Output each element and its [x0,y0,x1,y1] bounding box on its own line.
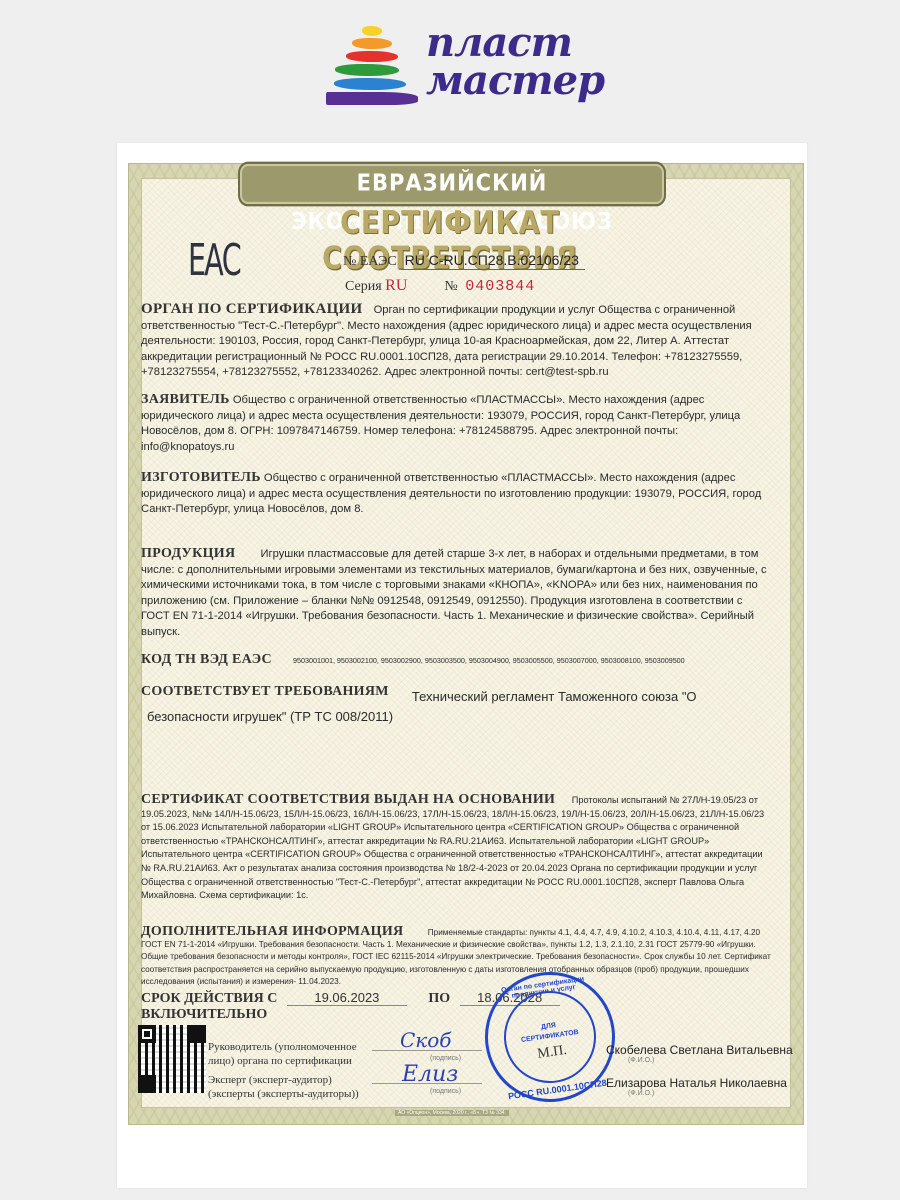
heading-manufacturer: ИЗГОТОВИТЕЛЬ [141,470,261,485]
text-applicant: Общество с ограниченной ответственностью… [141,394,740,453]
expert-role: Эксперт (эксперт-аудитор) (эксперты (экс… [208,1073,359,1101]
text-conforms-line1: Технический регламент Таможенного союза … [412,689,697,704]
eac-mark-icon: ЕАС [188,235,240,286]
heading-product: ПРОДУКЦИЯ [141,546,235,561]
heading-basis: СЕРТИФИКАТ СООТВЕТСТВИЯ ВЫДАН НА ОСНОВАН… [141,792,555,807]
head-name: Скобелева Светлана Витальевна [606,1043,793,1057]
print-footer: АО «Опцион», Москва, 2020 г., «Б», ТЗ № … [395,1110,509,1116]
section-manufacturer: ИЗГОТОВИТЕЛЬ Общество с ограниченной отв… [141,470,771,518]
qr-code[interactable] [138,1025,206,1093]
stripe-red [346,51,398,62]
reg-label: № ЕАЭС [343,254,397,269]
text-hs-code: 9503001001, 9503002100, 9503002900, 9503… [293,656,685,665]
text-basis: Протоколы испытаний № 27Л/Н-19.05/23 от … [141,795,764,900]
validity-from-date: 19.06.2023 [287,990,407,1006]
heading-additional: ДОПОЛНИТЕЛЬНАЯ ИНФОРМАЦИЯ [141,924,403,939]
series-number: Серия RU № 0403844 [345,277,535,295]
section-additional: ДОПОЛНИТЕЛЬНАЯ ИНФОРМАЦИЯ Применяемые ст… [141,926,771,988]
head-fio-caption: (Ф.И.О.) [628,1057,654,1064]
heading-certification-body: ОРГАН ПО СЕРТИФИКАЦИИ [141,301,363,317]
expert-role-line1: Эксперт (эксперт-аудитор) [208,1073,359,1087]
section-applicant: ЗАЯВИТЕЛЬ Общество с ограниченной ответс… [141,392,771,455]
union-banner: ЕВРАЗИЙСКИЙ ЭКОНОМИЧЕСКИЙ СОЮЗ [238,162,666,207]
validity-to-label: ПО [428,991,450,1006]
stripe-green [335,64,399,76]
stripe-purple [326,92,418,105]
registration-number: № ЕАЭС RU C-RU.СП28.В.02106/23 [343,252,585,270]
head-signature: Скоб [400,1028,452,1052]
rainbow-pyramid-icon [326,22,421,102]
section-conforms: СООТВЕТСТВУЕТ ТРЕБОВАНИЯМ Технический ре… [141,683,771,724]
head-role: Руководитель (уполномоченное лицо) орган… [208,1040,357,1068]
plastmaster-logo: пласт мастер [326,22,586,112]
section-basis: СЕРТИФИКАТ СООТВЕТСТВИЯ ВЫДАН НА ОСНОВАН… [141,793,771,903]
expert-signature-caption: (подпись) [430,1088,461,1095]
stripe-blue [334,78,406,90]
heading-conforms: СООТВЕТСТВУЕТ ТРЕБОВАНИЯМ [141,684,389,699]
section-certification-body: ОРГАН ПО СЕРТИФИКАЦИИ Орган по сертифика… [141,302,771,381]
section-hs-code: КОД ТН ВЭД ЕАЭС 9503001001, 9503002100, … [141,652,771,669]
stripe-orange [352,38,392,49]
expert-fio-caption: (Ф.И.О.) [628,1090,654,1097]
head-role-line1: Руководитель (уполномоченное [208,1040,357,1054]
heading-applicant: ЗАЯВИТЕЛЬ [141,392,230,407]
series-label: Серия [345,279,382,294]
number-value: 0403844 [465,278,535,295]
section-product: ПРОДУКЦИЯ Игрушки пластмассовые для дете… [141,546,771,641]
head-signature-caption: (подпись) [430,1055,461,1062]
reg-value: RU C-RU.СП28.В.02106/23 [401,252,585,270]
brand-line-2: мастер [426,62,604,100]
heading-hs-code: КОД ТН ВЭД ЕАЭС [141,652,272,667]
head-role-line2: лицо) органа по сертификации [208,1054,357,1068]
expert-signature: Елиз [402,1062,458,1087]
brand-wordmark: пласт мастер [426,24,604,100]
expert-name: Елизарова Наталья Николаевна [606,1076,787,1090]
text-product: Игрушки пластмассовые для детей старше 3… [141,548,767,638]
validity-from-label: СРОК ДЕЙСТВИЯ С [141,991,277,1006]
stripe-yellow [362,26,382,36]
expert-role-line2: (эксперты (эксперты-аудиторы)) [208,1087,359,1101]
text-conforms-line2: безопасности игрушек" (ТР ТС 008/2011) [147,709,771,725]
number-label: № [444,279,457,294]
series-value: RU [385,277,407,294]
